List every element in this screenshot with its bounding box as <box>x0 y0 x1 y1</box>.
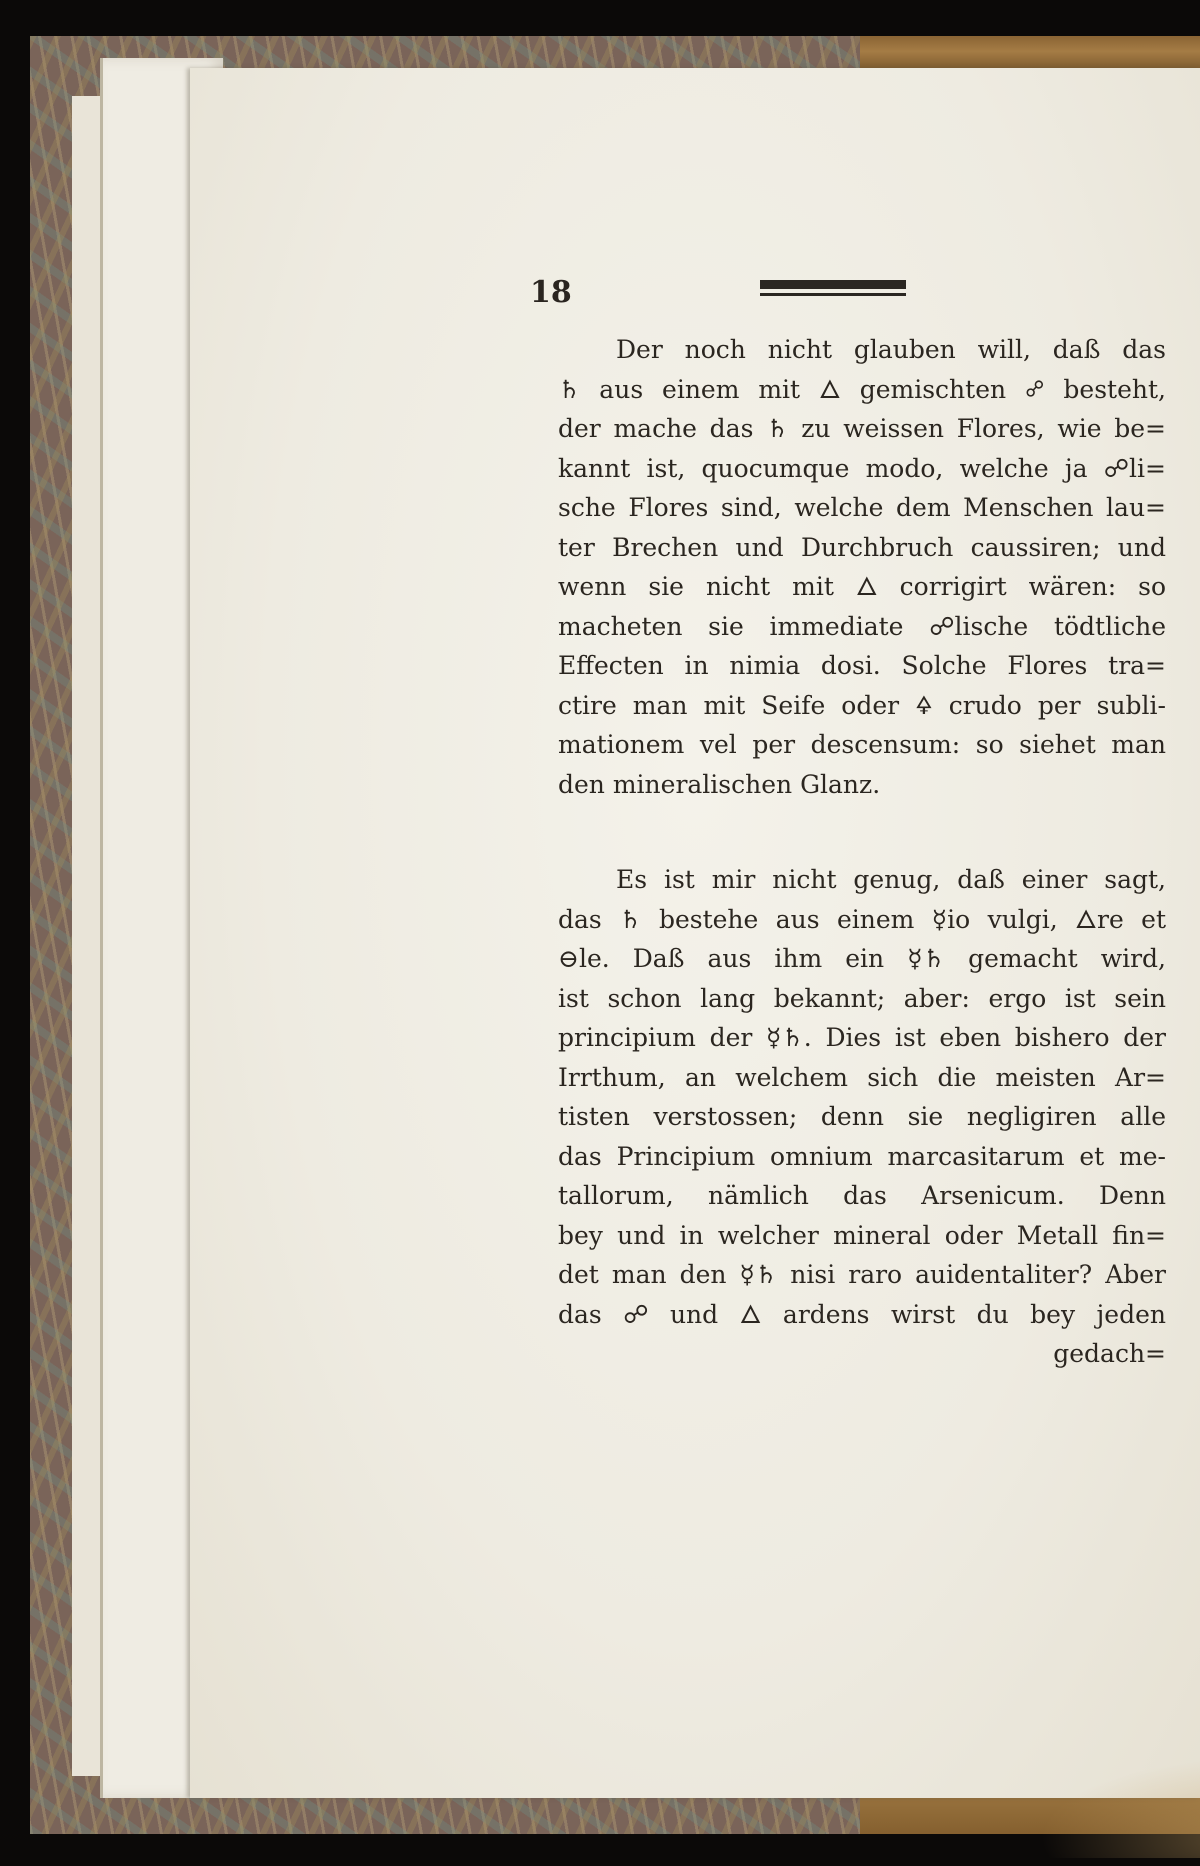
text-line: den mineralischen Glanz. <box>558 765 1166 805</box>
text-line: Effecten in nimia dosi. Solche Flores tr… <box>558 646 1166 686</box>
rule-thick <box>760 280 906 289</box>
paragraph-1: Der noch nicht glauben will, daß das ♄ a… <box>558 330 1166 804</box>
text-line: tallorum, nämlich das Arsenicum. Denn <box>558 1176 1166 1216</box>
text-line: das ☍ und 🜂 ardens wirst du bey jeden <box>558 1295 1166 1335</box>
header-ornament-rule <box>760 280 906 298</box>
page-number: 18 <box>530 275 572 310</box>
rule-thin <box>760 293 906 296</box>
body-text: Der noch nicht glauben will, daß das ♄ a… <box>558 330 1166 1374</box>
text-line: das Principium omnium marcasitarum et me… <box>558 1137 1166 1177</box>
text-line: macheten sie immediate ☍lische tödtliche <box>558 607 1166 647</box>
paragraph-2: Es ist mir nicht genug, daß einer sagt, … <box>558 860 1166 1374</box>
text-line: ⊖le. Daß aus ihm ein ☿♄ gemacht wird, <box>558 939 1166 979</box>
text-line: principium der ☿♄. Dies ist eben bishero… <box>558 1018 1166 1058</box>
water-stain <box>1040 1758 1200 1858</box>
text-line: Es ist mir nicht genug, daß einer sagt, <box>558 860 1166 900</box>
text-line: mationem vel per descensum: so siehet ma… <box>558 725 1166 765</box>
text-line: ist schon lang bekannt; aber: ergo ist s… <box>558 979 1166 1019</box>
text-line: kannt ist, quocumque modo, welche ja ☍li… <box>558 449 1166 489</box>
text-line: det man den ☿♄ nisi raro auidentaliter? … <box>558 1255 1166 1295</box>
leather-spine-top <box>860 36 1200 72</box>
text-line: Irrthum, an welchem sich die meisten Ar= <box>558 1058 1166 1098</box>
text-line: bey und in welcher mineral oder Metall f… <box>558 1216 1166 1256</box>
text-line: das ♄ bestehe aus einem ☿io vulgi, 🜂re e… <box>558 900 1166 940</box>
paragraph-gap <box>558 804 1166 860</box>
text-line: sche Flores sind, welche dem Menschen la… <box>558 488 1166 528</box>
catchword: gedach= <box>558 1334 1166 1374</box>
text-line: tisten verstossen; denn sie negligiren a… <box>558 1097 1166 1137</box>
text-line: ter Brechen und Durchbruch caussiren; un… <box>558 528 1166 568</box>
text-line: Der noch nicht glauben will, daß das <box>558 330 1166 370</box>
text-line: der mache das ♄ zu weissen Flores, wie b… <box>558 409 1166 449</box>
text-line: ♄ aus einem mit 🜂 gemischten ☍ besteht, <box>558 370 1166 410</box>
text-line: wenn sie nicht mit 🜂 corrigirt wären: so <box>558 567 1166 607</box>
text-line: ctire man mit Seife oder 🜍 crudo per sub… <box>558 686 1166 726</box>
